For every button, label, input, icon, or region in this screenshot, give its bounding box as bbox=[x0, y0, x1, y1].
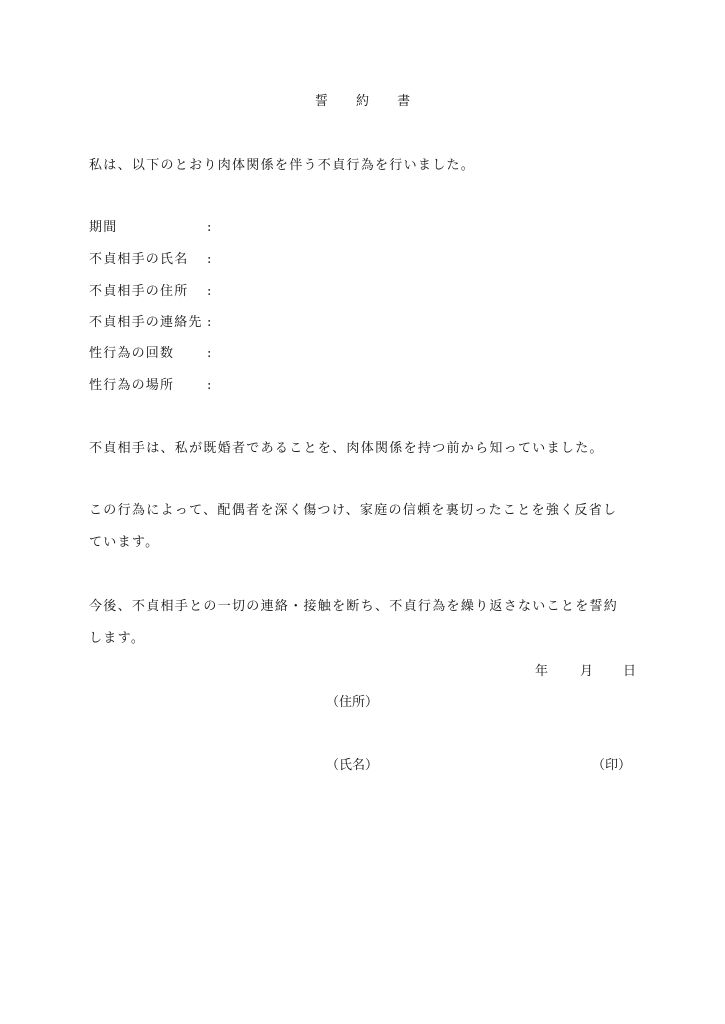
field-label-place: 性行為の場所 bbox=[89, 378, 174, 394]
paragraph-pledge-line1: 今後、不貞相手との一切の連絡・接触を断ち、不貞行為を繰り返さないことを誓約 bbox=[89, 599, 618, 615]
field-label-partner-contact: 不貞相手の連絡先 bbox=[89, 315, 203, 331]
document-title: 誓 約 書 bbox=[0, 94, 725, 110]
paragraph-remorse-line1: この行為によって、配偶者を深く傷つけ、家庭の信頼を裏切ったことを強く反省し bbox=[89, 503, 617, 519]
field-colon: : bbox=[207, 315, 211, 331]
paragraph-remorse-line2: ています。 bbox=[89, 535, 159, 551]
field-label-partner-address: 不貞相手の住所 bbox=[89, 284, 188, 300]
field-colon: : bbox=[207, 378, 211, 394]
signature-address-label: （住所） bbox=[326, 695, 378, 711]
field-colon: : bbox=[207, 220, 211, 236]
field-colon: : bbox=[207, 252, 211, 268]
intro-text: 私は、以下のとおり肉体関係を伴う不貞行為を行いました。 bbox=[89, 158, 475, 174]
field-label-count: 性行為の回数 bbox=[89, 346, 174, 362]
field-colon: : bbox=[207, 284, 211, 300]
field-colon: : bbox=[207, 346, 211, 362]
field-label-period: 期間 bbox=[89, 220, 117, 236]
signature-seal-label: （印） bbox=[592, 758, 631, 774]
date-month: 月 bbox=[580, 664, 593, 680]
paragraph-pledge-line2: します。 bbox=[89, 631, 145, 647]
paragraph-knowledge: 不貞相手は、私が既婚者であることを、肉体関係を持つ前から知っていました。 bbox=[89, 441, 604, 457]
signature-name-label: （氏名） bbox=[326, 758, 378, 774]
date-year: 年 bbox=[535, 664, 548, 680]
field-label-partner-name: 不貞相手の氏名 bbox=[89, 252, 188, 268]
date-day: 日 bbox=[623, 664, 636, 680]
